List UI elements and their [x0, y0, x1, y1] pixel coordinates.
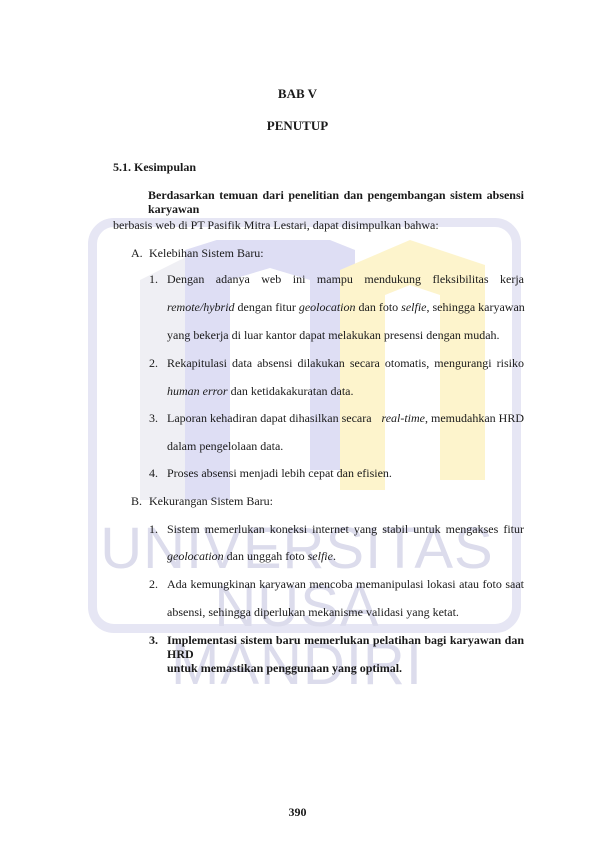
term-geolocation: geolocation: [167, 549, 224, 563]
b-item-2-line-2: absensi, sehingga diperlukan mekanisme v…: [167, 605, 459, 619]
b-item-3-line-2: untuk memastikan penggunaan yang optimal…: [167, 661, 402, 675]
text: Laporan kehadiran dapat dihasilkan secar…: [167, 411, 375, 425]
group-b-marker: B.: [131, 494, 142, 509]
a-item-1-line-1: Dengan adanya web ini mampu mendukung fl…: [167, 272, 524, 286]
b-item-2-marker: 2.: [149, 577, 158, 592]
term-real-time: real-time: [381, 411, 425, 425]
section-number: 5.1.: [113, 160, 131, 174]
chapter-heading: BAB V: [0, 86, 595, 102]
term-selfie: selfie: [401, 300, 426, 314]
section-title: Kesimpulan: [134, 160, 196, 174]
a-item-1-line-3: yang bekerja di luar kantor dapat melaku…: [167, 328, 500, 342]
text: dan ketidakakuratan data.: [228, 384, 354, 398]
chapter-title: PENUTUP: [0, 118, 595, 134]
text: dan foto: [356, 300, 402, 314]
text: , memudahkan HRD: [425, 411, 524, 425]
b-item-3-marker: 3.: [149, 633, 158, 648]
intro-line-2: berbasis web di PT Pasifik Mitra Lestari…: [113, 218, 439, 232]
a-item-1-marker: 1.: [149, 272, 158, 287]
section-heading: 5.1. Kesimpulan: [113, 160, 196, 174]
term-selfie: selfie: [308, 549, 333, 563]
term-geolocation: geolocation: [299, 300, 356, 314]
group-b-label: Kekurangan Sistem Baru:: [149, 494, 273, 508]
a-item-2-line-2: human error dan ketidakakuratan data.: [167, 384, 354, 398]
a-item-1-line-2: remote/hybrid dengan fitur geolocation d…: [167, 300, 524, 314]
group-a-label: Kelebihan Sistem Baru:: [149, 246, 264, 260]
a-item-4-marker: 4.: [149, 466, 158, 481]
b-item-1-line-1: Sistem memerlukan koneksi internet yang …: [167, 522, 524, 536]
b-item-3-line-1: Implementasi sistem baru memerlukan pela…: [167, 633, 524, 661]
group-a-marker: A.: [131, 246, 143, 261]
a-item-4-line-1: Proses absensi menjadi lebih cepat dan e…: [167, 466, 392, 480]
b-item-1-line-2: geolocation dan unggah foto selfie.: [167, 549, 336, 563]
text: , sehingga karyawan: [427, 300, 525, 314]
intro-line-1: Berdasarkan temuan dari penelitian dan p…: [148, 188, 524, 216]
text: dan unggah foto: [224, 549, 308, 563]
text: dengan fitur: [235, 300, 299, 314]
b-item-1-marker: 1.: [149, 522, 158, 537]
text: .: [333, 549, 336, 563]
term-human-error: human error: [167, 384, 228, 398]
a-item-3-line-1: Laporan kehadiran dapat dihasilkan secar…: [167, 411, 524, 425]
b-item-2-line-1: Ada kemungkinan karyawan mencoba memanip…: [167, 577, 524, 591]
page-number: 390: [0, 805, 595, 820]
a-item-2-marker: 2.: [149, 356, 158, 371]
a-item-3-line-2: dalam pengelolaan data.: [167, 439, 283, 453]
term-remote-hybrid: remote/hybrid: [167, 300, 235, 314]
a-item-3-marker: 3.: [149, 411, 158, 426]
a-item-2-line-1: Rekapitulasi data absensi dilakukan seca…: [167, 356, 524, 370]
document-page: BAB V PENUTUP 5.1. Kesimpulan Berdasarka…: [0, 0, 595, 842]
